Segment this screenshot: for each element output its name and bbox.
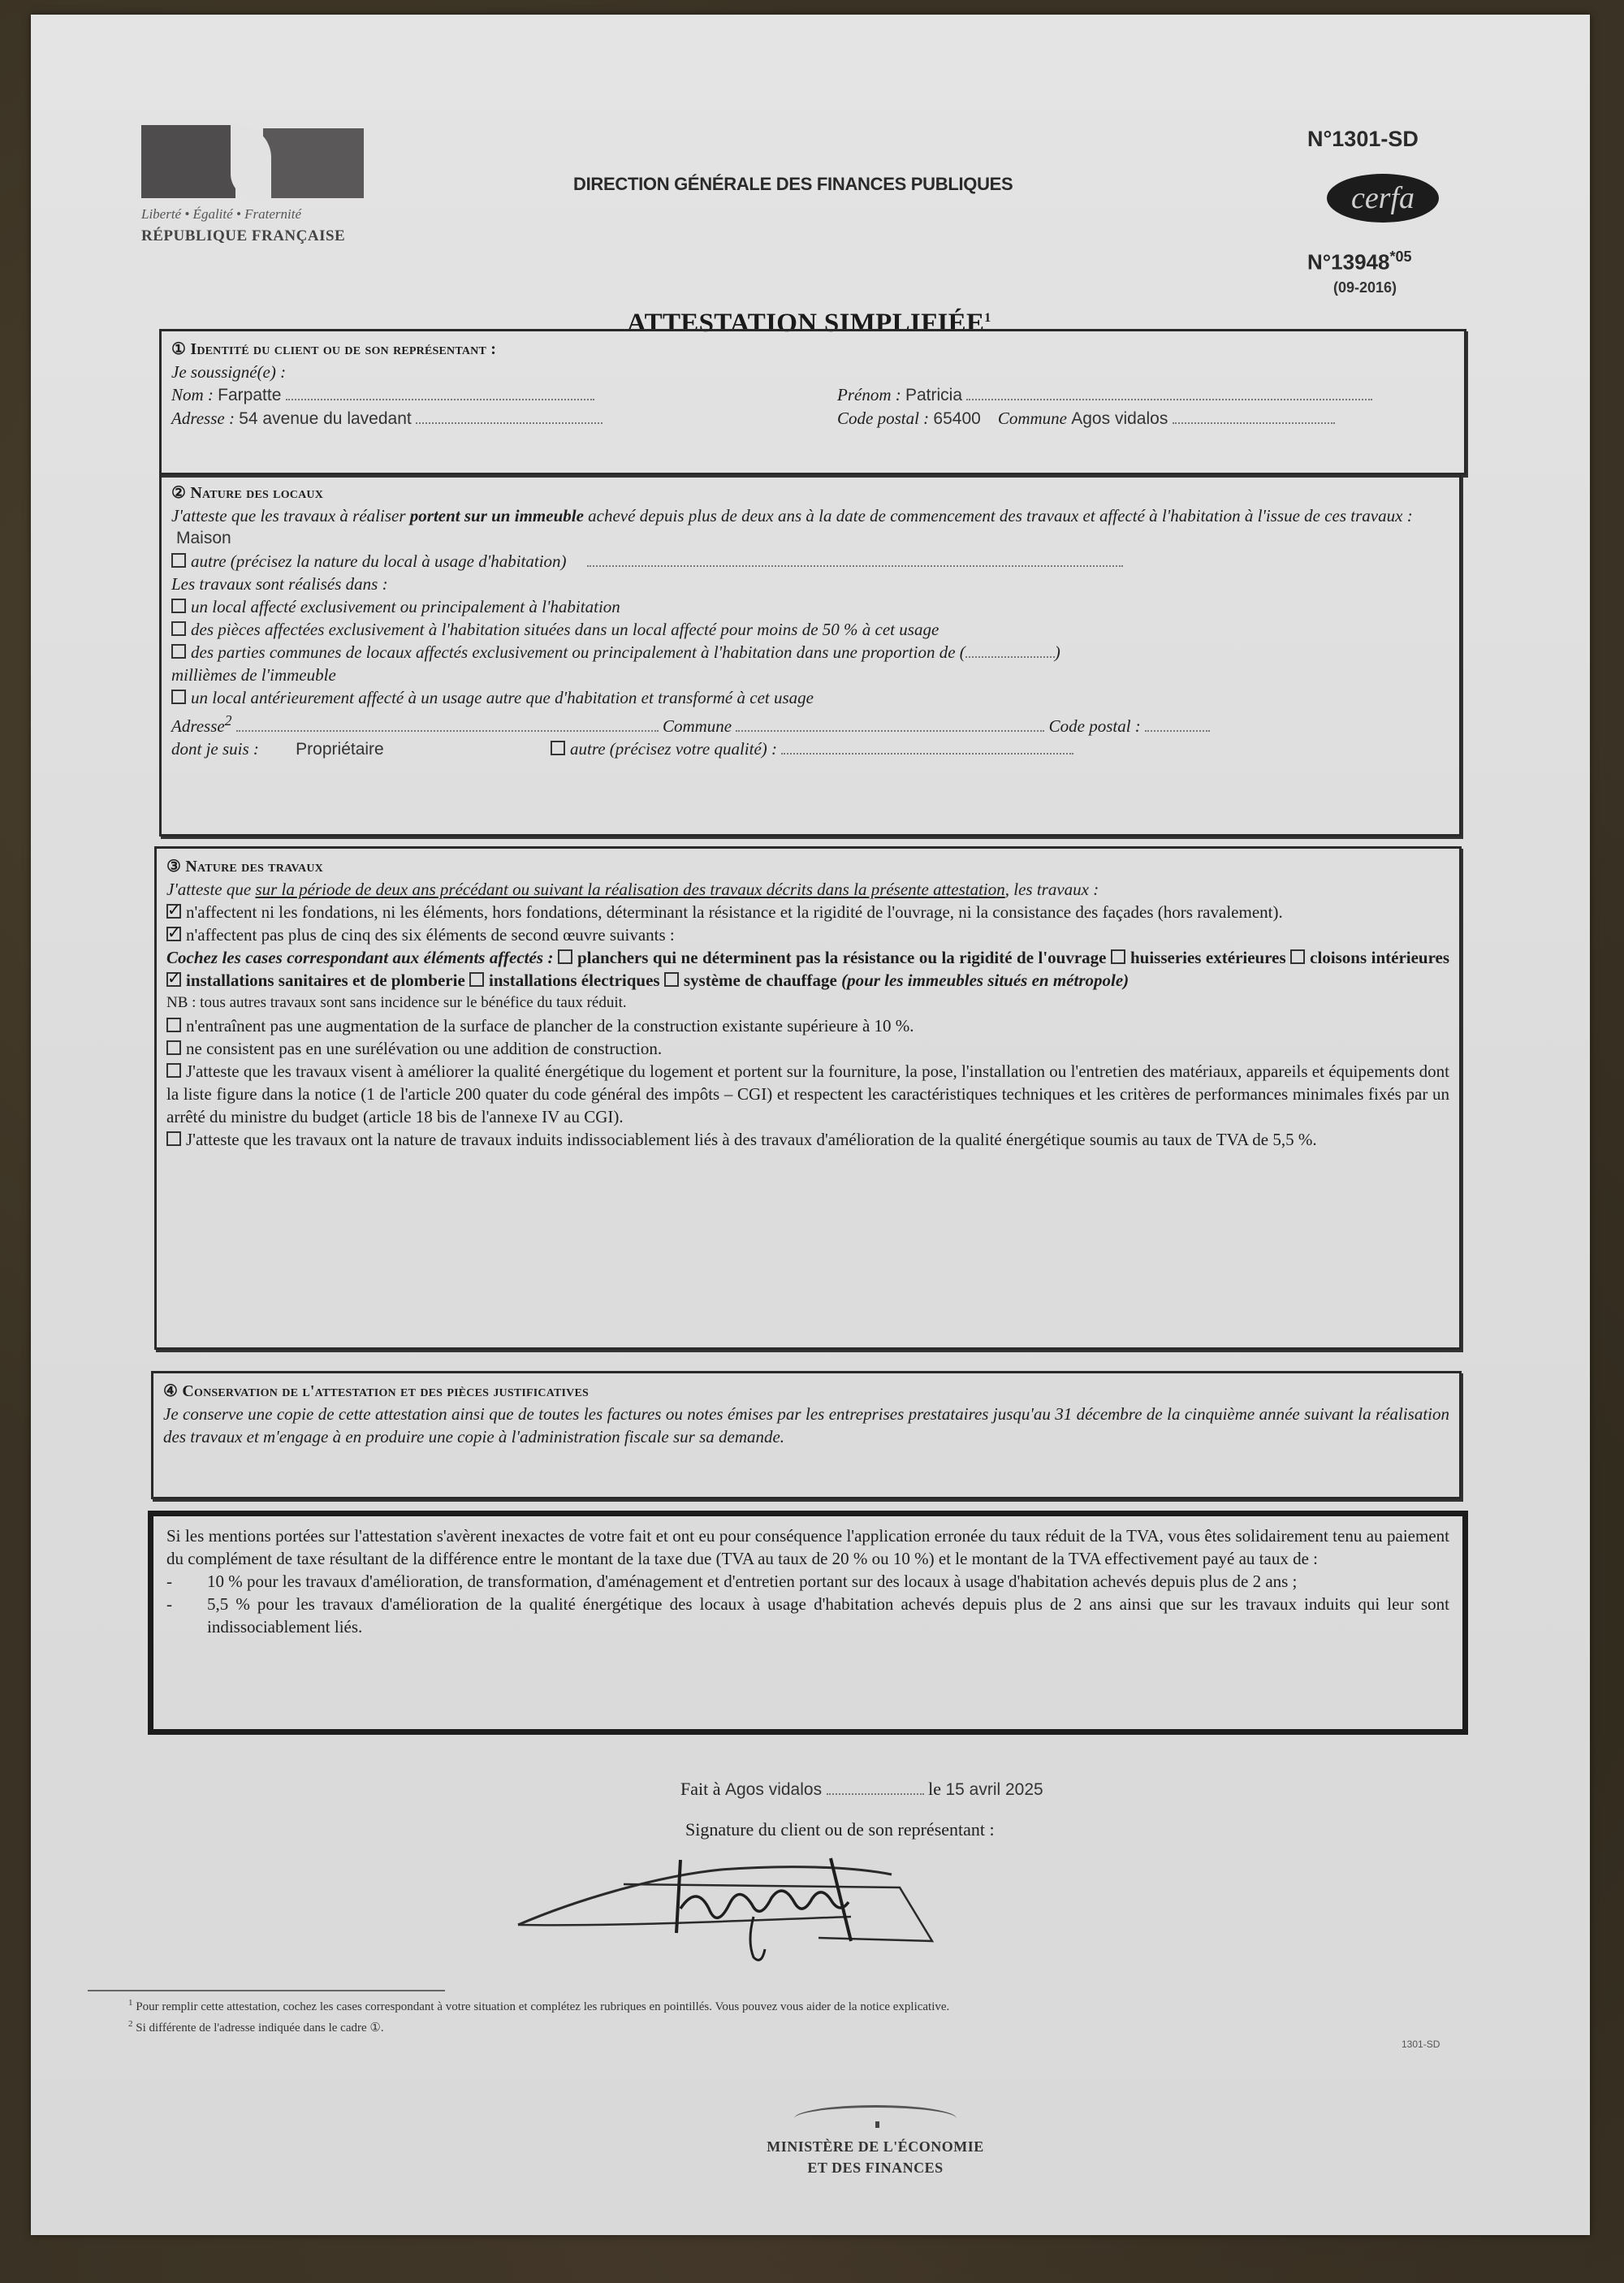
elements-list: Cochez les cases correspondant aux éléme… bbox=[166, 946, 1449, 992]
section-title: ④ Conservation de l'attestation et des p… bbox=[163, 1380, 1449, 1403]
republique-francaise-logo: Liberté • Égalité • Fraternité RÉPUBLIQU… bbox=[141, 125, 365, 255]
form-reference-code: 1301-SD bbox=[1402, 2039, 1440, 2050]
checkbox[interactable] bbox=[558, 949, 572, 964]
checkbox-checked[interactable] bbox=[166, 972, 181, 987]
signature-label: Signature du client ou de son représenta… bbox=[685, 1819, 995, 1840]
cerfa-number: N°13948*05 bbox=[1307, 249, 1412, 275]
administration-name: DIRECTION GÉNÉRALE DES FINANCES PUBLIQUE… bbox=[573, 174, 1013, 195]
prenom-value: Patricia bbox=[905, 386, 962, 404]
section-identity: ① Identité du client ou de son représent… bbox=[159, 329, 1466, 475]
section-title: ② Nature des locaux bbox=[171, 482, 1449, 504]
logo-motto: Liberté • Égalité • Fraternité bbox=[141, 206, 365, 223]
handwritten-signature bbox=[510, 1852, 965, 1965]
commune-field[interactable]: Commune Agos vidalos bbox=[998, 409, 1335, 428]
travaux-adresse-field[interactable]: Adresse2 bbox=[171, 716, 659, 736]
warning-box: Si les mentions portées sur l'attestatio… bbox=[148, 1511, 1468, 1735]
checkbox[interactable] bbox=[664, 972, 679, 987]
place-value[interactable]: Agos vidalos bbox=[725, 1780, 822, 1799]
section-locaux: ② Nature des locaux J'atteste que les tr… bbox=[159, 473, 1462, 837]
nom-value: Farpatte bbox=[218, 386, 281, 404]
checkbox[interactable] bbox=[469, 972, 484, 987]
travaux-item[interactable]: J'atteste que les travaux visent à améli… bbox=[166, 1060, 1449, 1128]
footnote-divider bbox=[88, 1990, 445, 1991]
code-postal-field[interactable]: Code postal : 65400 bbox=[837, 409, 981, 428]
checkbox[interactable] bbox=[166, 1018, 181, 1032]
adresse-value: 54 avenue du lavedant bbox=[239, 409, 412, 428]
ministry-logo-mark bbox=[875, 2121, 879, 2128]
element-option[interactable]: planchers qui ne déterminent pas la rési… bbox=[558, 948, 1107, 967]
travaux-cp-field[interactable]: Code postal : bbox=[1049, 716, 1210, 736]
element-option[interactable]: installations sanitaires et de plomberie bbox=[166, 971, 465, 990]
logo-republic: RÉPUBLIQUE FRANÇAISE bbox=[141, 227, 365, 245]
travaux-item[interactable]: n'entraînent pas une augmentation de la … bbox=[166, 1014, 1449, 1037]
section-title: ③ Nature des travaux bbox=[166, 855, 1449, 878]
code-postal-value: 65400 bbox=[933, 409, 980, 428]
travaux-item[interactable]: J'atteste que les travaux ont la nature … bbox=[166, 1128, 1449, 1151]
commune-value: Agos vidalos bbox=[1071, 409, 1168, 428]
other-quality-option[interactable]: autre (précisez votre qualité) : bbox=[551, 739, 1073, 759]
cerfa-logo: cerfa bbox=[1327, 174, 1439, 223]
checkbox[interactable] bbox=[166, 1040, 181, 1055]
checkbox[interactable] bbox=[551, 741, 565, 755]
local-option[interactable]: des parties communes de locaux affectés … bbox=[171, 641, 1449, 664]
checkbox[interactable] bbox=[166, 1063, 181, 1078]
checkbox[interactable] bbox=[1111, 949, 1125, 964]
section-travaux: ③ Nature des travaux J'atteste que sur l… bbox=[154, 846, 1462, 1350]
checkbox[interactable] bbox=[166, 1131, 181, 1146]
footnote: 1 Pour remplir cette attestation, cochez… bbox=[128, 1998, 949, 2014]
ministry-logo-arc bbox=[794, 2105, 957, 2132]
checkbox[interactable] bbox=[171, 690, 186, 704]
element-option[interactable]: cloisons intérieures bbox=[1290, 948, 1449, 967]
marianne-logo-right bbox=[263, 128, 364, 198]
nom-field[interactable]: Nom : Farpatte bbox=[171, 383, 691, 407]
marianne-logo-left bbox=[141, 125, 235, 198]
adresse-field[interactable]: Adresse : 54 avenue du lavedant bbox=[171, 407, 691, 430]
travaux-item[interactable]: n'affectent pas plus de cinq des six élé… bbox=[166, 923, 1449, 946]
qualite-value[interactable]: Propriétaire bbox=[296, 740, 384, 759]
form-number: N°1301-SD bbox=[1307, 127, 1419, 152]
checkbox[interactable] bbox=[171, 621, 186, 636]
attestation-page: Liberté • Égalité • Fraternité RÉPUBLIQU… bbox=[31, 15, 1590, 2235]
ministry-name: MINISTÈRE DE L'ÉCONOMIE ET DES FINANCES bbox=[729, 2136, 1021, 2178]
checkbox-checked[interactable] bbox=[166, 927, 181, 941]
checkbox[interactable] bbox=[171, 599, 186, 613]
prenom-field[interactable]: Prénom : Patricia bbox=[837, 383, 1454, 407]
checkbox[interactable] bbox=[171, 553, 186, 568]
warning-bullet: -5,5 % pour les travaux d'amélioration d… bbox=[166, 1593, 1449, 1638]
place-date-line: Fait à Agos vidalos le 15 avril 2025 bbox=[680, 1779, 1043, 1800]
checkbox[interactable] bbox=[1290, 949, 1305, 964]
travaux-commune-field[interactable]: Commune bbox=[663, 716, 1044, 736]
date-value[interactable]: 15 avril 2025 bbox=[945, 1780, 1043, 1799]
element-option[interactable]: installations électriques bbox=[469, 971, 660, 990]
cerfa-date: (09-2016) bbox=[1333, 279, 1397, 296]
section-conservation: ④ Conservation de l'attestation et des p… bbox=[151, 1371, 1462, 1499]
element-option[interactable]: huisseries extérieures bbox=[1111, 948, 1286, 967]
local-option[interactable]: un local antérieurement affecté à un usa… bbox=[171, 686, 1449, 709]
warning-bullet: -10 % pour les travaux d'amélioration, d… bbox=[166, 1570, 1449, 1593]
section-title: ① Identité du client ou de son représent… bbox=[171, 338, 1454, 361]
other-type-option[interactable]: autre (précisez la nature du local à usa… bbox=[171, 550, 1449, 573]
local-type-value[interactable]: Maison bbox=[171, 527, 1449, 550]
local-option[interactable]: des pièces affectées exclusivement à l'h… bbox=[171, 618, 1449, 641]
footnote: 2 Si différente de l'adresse indiquée da… bbox=[128, 2019, 384, 2035]
checkbox-checked[interactable] bbox=[166, 904, 181, 919]
travaux-item[interactable]: ne consistent pas en une surélévation ou… bbox=[166, 1037, 1449, 1060]
local-option[interactable]: un local affecté exclusivement ou princi… bbox=[171, 595, 1449, 618]
checkbox[interactable] bbox=[171, 644, 186, 659]
travaux-item[interactable]: n'affectent ni les fondations, ni les él… bbox=[166, 901, 1449, 923]
element-option[interactable]: système de chauffage (pour les immeubles… bbox=[664, 971, 1129, 990]
